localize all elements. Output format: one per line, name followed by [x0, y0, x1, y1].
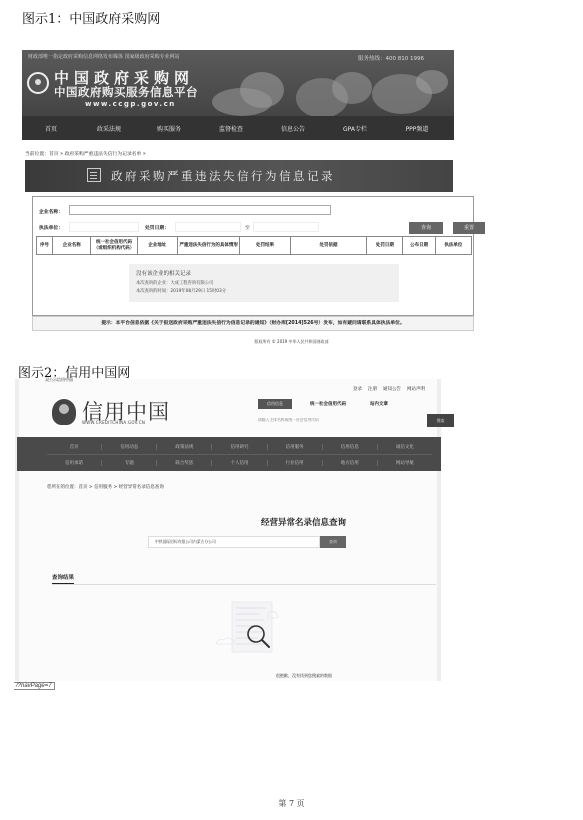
creditchina-breadcrumb: 您所在的位置：首页 > 信用服务 > 经营异常名录信息查询 — [47, 484, 164, 490]
national-emblem-icon — [52, 399, 76, 425]
creditchina-top-links: 登录 注册 通知公告 网站声明 — [353, 386, 425, 392]
date-range-separator: 至 — [245, 224, 250, 231]
ccgp-banner-title: 政府采购严重违法失信行为信息记录 — [111, 168, 335, 184]
penalty-date-label: 处罚日期： — [145, 224, 169, 231]
nav-item[interactable]: 信用动态 — [102, 444, 157, 450]
nav-item-supervision[interactable]: 监督检查 — [200, 124, 262, 133]
nav-item-home[interactable]: 首页 — [22, 124, 80, 133]
creditchina-main-nav: 首页 信用动态 政策法规 信用研究 信用服务 信用信息 诚信文化 信用承诺 专题… — [17, 437, 441, 471]
col-header-credit-code: 统一社会信用代码（或组织机构代码） — [91, 237, 137, 255]
ccgp-breadcrumb: 当前位置：首页 » 政府采购严重违法失信行为记录名单 » — [25, 150, 146, 157]
tab-credit-code[interactable]: 统一社会信用代码 — [310, 401, 346, 407]
tab-credit-info[interactable]: 信用信息 — [258, 399, 292, 409]
nav-item-purchase-services[interactable]: 购买服务 — [138, 124, 200, 133]
abnormal-list-query-input[interactable]: 中铁国际招标有限公司内蒙古分公司 — [148, 536, 320, 548]
no-data-magnifier-icon — [210, 598, 290, 658]
page-number: 第 7 页 — [0, 798, 583, 809]
nav-item-regulations[interactable]: 政采法规 — [80, 124, 138, 133]
query-page-title: 经营异常名录信息查询 — [0, 516, 583, 528]
nav-item-announcements[interactable]: 信息公告 — [262, 124, 324, 133]
query-results-heading: 查询结果 — [52, 573, 74, 584]
penalty-date-start-input[interactable] — [175, 222, 241, 232]
reset-button[interactable]: 重置 — [453, 222, 485, 234]
nav-item[interactable]: 专题 — [102, 460, 157, 466]
register-link[interactable]: 注册 — [368, 386, 377, 392]
site-statement-link[interactable]: 网站声明 — [407, 386, 425, 392]
creditchina-search-button[interactable]: 搜索 — [427, 414, 454, 427]
query-time: 本次查询的时间：2019年08月29日 15时03分 — [136, 288, 226, 294]
creditchina-top-note: 双公示信用中国 — [45, 377, 73, 383]
creditchina-search-tabs: 信用信息 统一社会信用代码 站内文章 — [258, 399, 388, 409]
no-result-title: 没有该企业的相关记录 — [136, 269, 191, 277]
nav-item[interactable]: 首页 — [47, 444, 102, 450]
ccgp-site-url: www.ccgp.gov.cn — [85, 100, 176, 108]
col-header-circumstances: 严重违法失信行为的具体情形 — [177, 237, 239, 255]
login-link[interactable]: 登录 — [353, 386, 362, 392]
enforcement-agency-input[interactable] — [69, 222, 139, 232]
clouds-decoration — [202, 60, 452, 120]
col-header-penalty-date: 处罚日期 — [367, 237, 403, 255]
document-icon — [87, 168, 101, 182]
url-fragment: /?navPage=7 — [14, 682, 55, 690]
tab-site-articles[interactable]: 站内文章 — [370, 401, 388, 407]
queried-company: 本次查询的企业：大成工程咨询有限公司 — [136, 280, 213, 286]
nav-item[interactable]: 信用信息 — [323, 444, 378, 450]
creditchina-logo-url: WWW.CREDITCHINA.GOV.CN — [82, 420, 145, 425]
nav-item[interactable]: 联合奖惩 — [157, 460, 212, 466]
col-header-index: 序号 — [37, 237, 53, 255]
nav-item[interactable]: 诚信文化 — [378, 444, 432, 450]
col-header-agency: 执法单位 — [435, 237, 471, 255]
nav-item[interactable]: 信用研究 — [212, 444, 267, 450]
company-name-label: 企业名称： — [39, 208, 63, 215]
col-header-address: 企业地址 — [137, 237, 177, 255]
results-divider — [52, 584, 436, 585]
table-header-row: 序号 企业名称 统一社会信用代码（或组织机构代码） 企业地址 严重违法失信行为的… — [37, 237, 472, 255]
national-emblem-icon — [27, 72, 49, 94]
figure-1-caption: 图示1：中国政府采购网 — [22, 8, 160, 27]
col-header-publish-date: 公布日期 — [403, 237, 435, 255]
no-result-box: 没有该企业的相关记录 本次查询的企业：大成工程咨询有限公司 本次查询的时间：20… — [129, 264, 399, 302]
company-name-input[interactable] — [69, 205, 331, 215]
nav-item[interactable]: 政策法规 — [157, 444, 212, 450]
nav-item[interactable]: 信用服务 — [268, 444, 323, 450]
nav-item[interactable]: 信用承诺 — [47, 460, 102, 466]
ccgp-tip-bar: 提示：本平台信息依据《关于报送政府采购严重违法失信行为信息记录的通知》（财办库[… — [32, 316, 474, 331]
notices-link[interactable]: 通知公告 — [383, 386, 401, 392]
dishonesty-records-table: 序号 企业名称 统一社会信用代码（或组织机构代码） 企业地址 严重违法失信行为的… — [36, 236, 472, 255]
enforcement-agency-label: 执法单位： — [39, 224, 63, 231]
nav-item-ppp[interactable]: PPP频道 — [386, 124, 448, 133]
penalty-date-end-input[interactable] — [253, 222, 319, 232]
nav-item[interactable]: 网站导航 — [378, 460, 432, 466]
nav-row-2: 信用承诺 专题 联合奖惩 个人信用 行业信用 地方信用 网站导航 — [47, 455, 432, 471]
no-data-message: 很抱歉，没有找到您搜索的数据 — [0, 673, 583, 679]
query-button[interactable]: 查询 — [409, 222, 443, 234]
ccgp-site-subtitle: 中国政府购买服务信息平台 — [54, 84, 198, 100]
creditchina-search-input[interactable] — [258, 416, 398, 424]
ccgp-copyright: 版权所有 © 2019 中华人民共和国财政部 — [0, 339, 583, 345]
col-header-basis: 处罚依据 — [290, 237, 367, 255]
abnormal-list-query-button[interactable]: 查询 — [320, 536, 346, 548]
col-header-result: 处罚结果 — [240, 237, 290, 255]
nav-item[interactable]: 个人信用 — [212, 460, 267, 466]
ccgp-header: 财政部唯一指定政府采购信息网络发布媒体 国家级政府采购专业网站 服务热线：400… — [22, 50, 454, 140]
nav-item-gpa[interactable]: GPA专栏 — [324, 124, 386, 133]
ccgp-topbar-text: 财政部唯一指定政府采购信息网络发布媒体 国家级政府采购专业网站 — [28, 53, 180, 60]
nav-item[interactable]: 行业信用 — [268, 460, 323, 466]
col-header-company: 企业名称 — [53, 237, 91, 255]
nav-row-1: 首页 信用动态 政策法规 信用研究 信用服务 信用信息 诚信文化 — [47, 439, 432, 455]
ccgp-section-banner: 政府采购严重违法失信行为信息记录 — [25, 160, 453, 192]
ccgp-search-panel: 企业名称： 执法单位： 处罚日期： 至 查询 重置 序号 企业名称 统一社会信用… — [32, 196, 474, 316]
nav-item[interactable]: 地方信用 — [323, 460, 378, 466]
ccgp-main-nav: 首页 政采法规 购买服务 监督检查 信息公告 GPA专栏 PPP频道 — [22, 116, 454, 140]
ccgp-hotline: 服务热线：400 810 1996 — [358, 54, 424, 62]
